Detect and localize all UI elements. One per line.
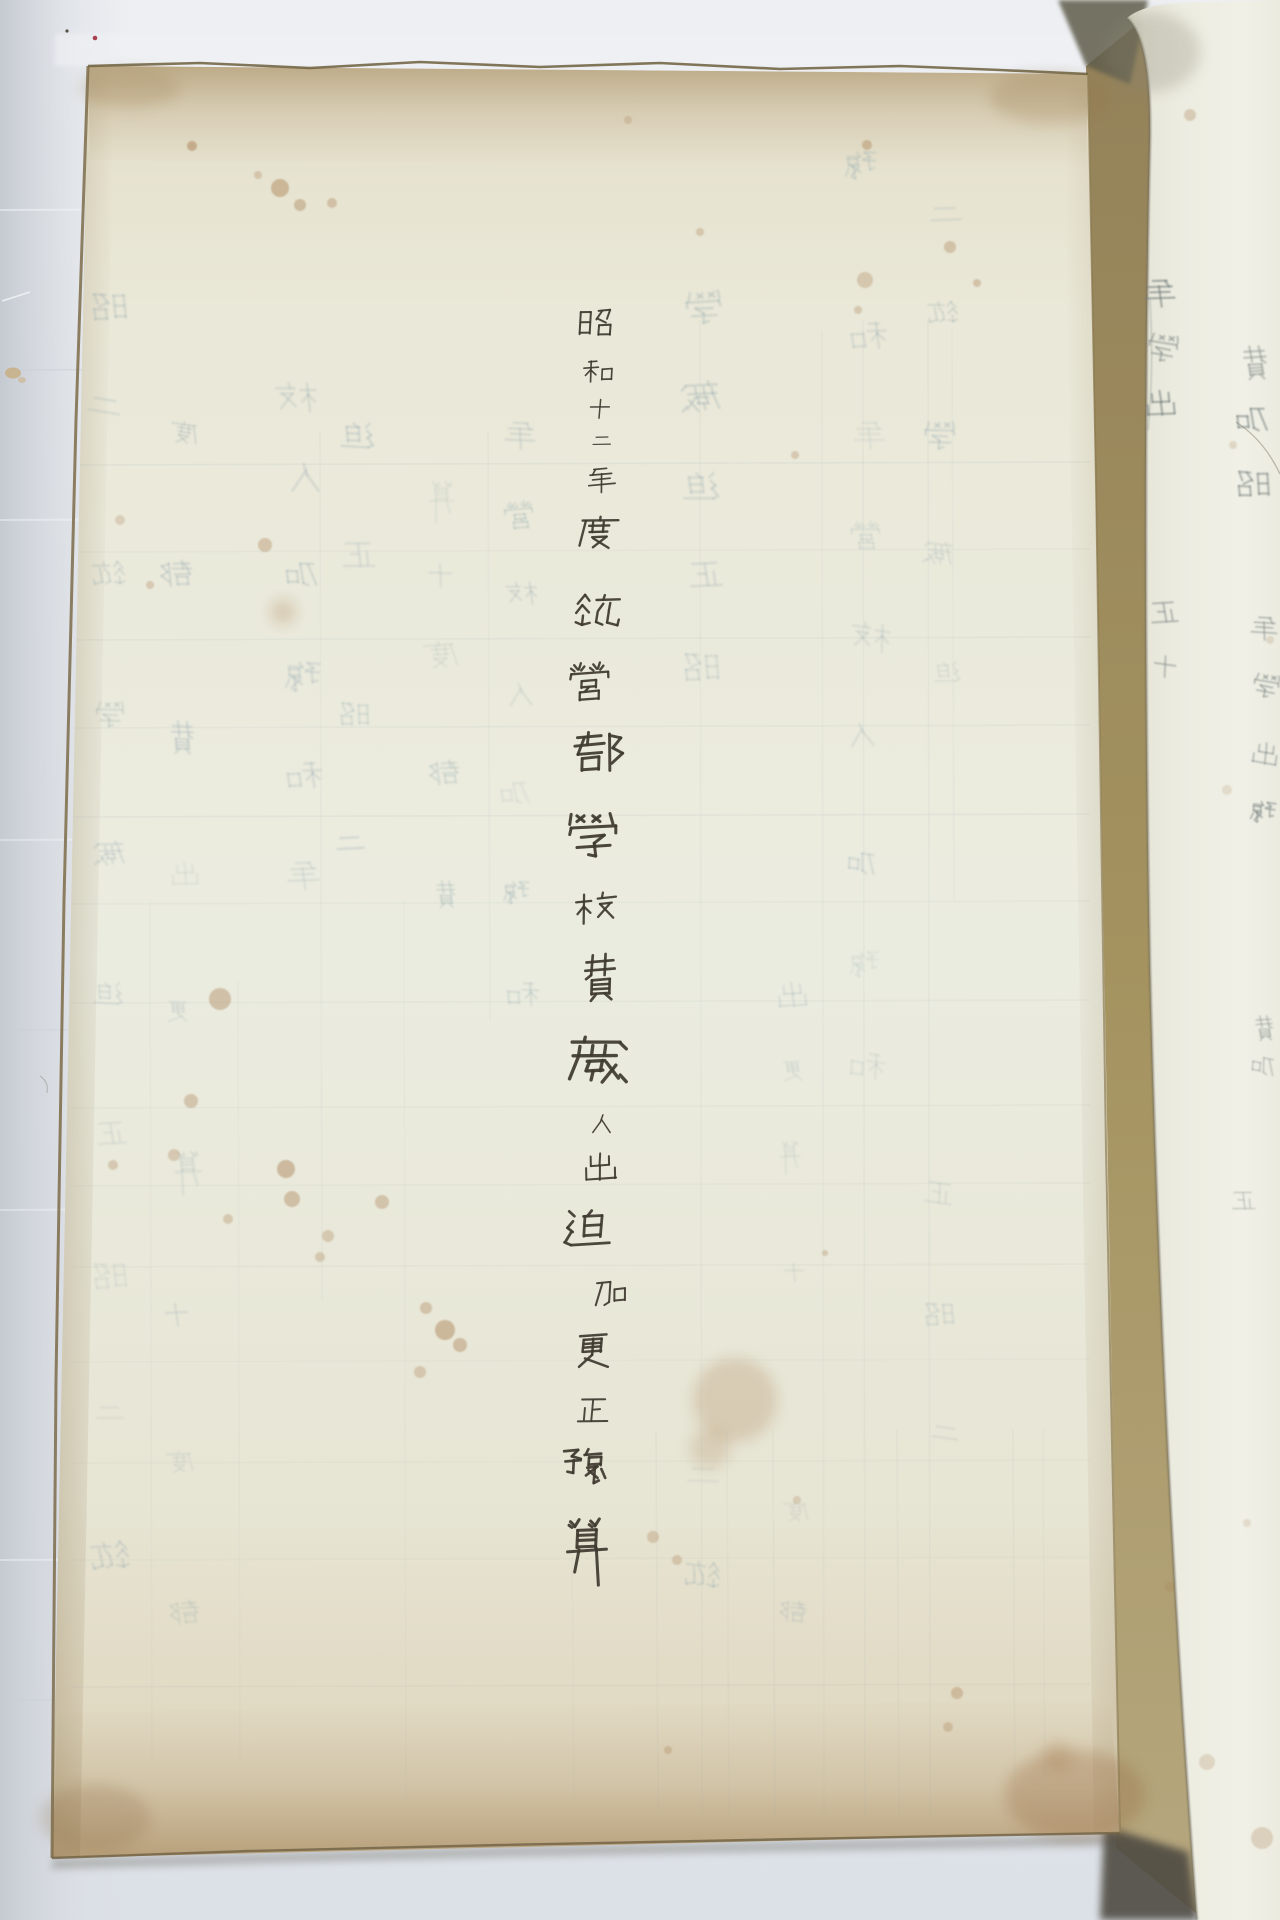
foxing-spot bbox=[1165, 1582, 1175, 1592]
foxing-spot bbox=[270, 599, 296, 625]
corner-stain-tl bbox=[80, 68, 180, 108]
foxing-spot bbox=[284, 1191, 300, 1207]
corner-stain-tr bbox=[990, 72, 1110, 124]
foxing-spot bbox=[672, 1555, 682, 1565]
foxing-spot bbox=[115, 515, 125, 525]
foxing-spot bbox=[1222, 785, 1232, 795]
foxing-spot bbox=[862, 140, 872, 150]
paint-chip bbox=[5, 368, 21, 379]
curl-shading bbox=[1104, 12, 1200, 92]
foxing-spot bbox=[1042, 1742, 1072, 1772]
foxing-spot bbox=[690, 1428, 730, 1468]
foxing-spot bbox=[322, 1230, 334, 1242]
foxing-spot bbox=[973, 279, 981, 287]
dark-speck bbox=[65, 29, 68, 32]
corner-stain-br bbox=[1005, 1750, 1145, 1840]
foxing-spot bbox=[647, 1531, 659, 1543]
foxing-spot bbox=[793, 1496, 801, 1504]
corner-stain-bl bbox=[40, 1784, 150, 1852]
foxing-spot bbox=[624, 116, 632, 124]
paint-chip-small bbox=[18, 377, 26, 383]
red-speck bbox=[93, 36, 98, 41]
photo-stage: 昭和十二年度統營郡學校費歲入出追加更正豫算 bbox=[0, 0, 1280, 1920]
foxing-spot bbox=[1243, 1519, 1251, 1527]
foxing-spot bbox=[168, 1149, 180, 1161]
aged-top-band bbox=[88, 66, 1088, 170]
foxing-spot bbox=[277, 1160, 295, 1178]
foxing-spot bbox=[294, 199, 306, 211]
foxing-spot bbox=[1266, 636, 1274, 644]
foxing-spot bbox=[791, 451, 799, 459]
foxing-spot bbox=[857, 272, 873, 288]
foxing-spot bbox=[453, 1338, 467, 1352]
foxing-spot bbox=[414, 1366, 426, 1378]
foxing-spot bbox=[1184, 109, 1196, 121]
foxing-spot bbox=[315, 1252, 325, 1262]
foxing-spot bbox=[435, 1320, 455, 1340]
foxing-spot bbox=[951, 1687, 963, 1699]
foxing-spot bbox=[254, 171, 262, 179]
foxing-spot bbox=[1229, 441, 1237, 449]
foxing-spot bbox=[187, 141, 197, 151]
foxing-spot bbox=[944, 241, 956, 253]
foxing-spot bbox=[258, 538, 272, 552]
book-photo bbox=[0, 0, 1280, 1920]
foxing-spot bbox=[420, 1302, 432, 1314]
foxing-spot bbox=[854, 306, 862, 314]
foxing-spot bbox=[108, 1160, 118, 1170]
foxing-spot bbox=[327, 198, 337, 208]
foxing-spot bbox=[822, 1250, 828, 1256]
foxing-spot bbox=[943, 1722, 953, 1732]
bright-band bbox=[55, 34, 1105, 66]
foxing-spot bbox=[184, 1094, 198, 1108]
foxing-spot bbox=[209, 988, 231, 1010]
foxing-spot bbox=[1199, 1754, 1215, 1770]
foxing-spot bbox=[664, 1746, 672, 1754]
foxing-spot bbox=[223, 1214, 233, 1224]
foxing-spot bbox=[375, 1195, 389, 1209]
aged-bottom-band bbox=[52, 1700, 1120, 1858]
foxing-spot bbox=[146, 581, 154, 589]
foxing-spot bbox=[696, 228, 704, 236]
foxing-spot bbox=[271, 179, 289, 197]
foxing-spot bbox=[1251, 1827, 1273, 1849]
